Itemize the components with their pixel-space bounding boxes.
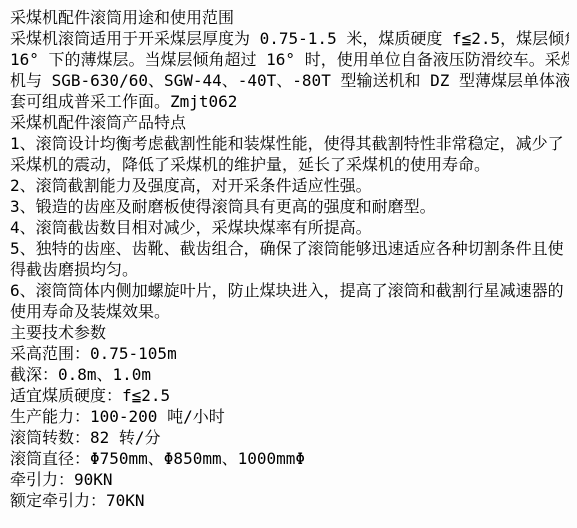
features-section-heading: 采煤机配件滚筒产品特点 <box>10 112 569 133</box>
spec-text-line: 额定牵引力：70KN <box>10 490 569 511</box>
usage-section-heading: 采煤机配件滚筒用途和使用范围 <box>10 7 569 28</box>
specs-section-heading: 主要技术参数 <box>10 322 569 343</box>
feature-text-line: 得截齿磨损均匀。 <box>10 259 569 280</box>
spec-text-line: 滚筒转数：82 转/分 <box>10 427 569 448</box>
feature-text-line: 6、滚筒筒体内侧加螺旋叶片，防止煤块进入，提高了滚筒和截割行星减速器的 <box>10 280 569 301</box>
feature-text-line: 4、滚筒截齿数目相对减少，采煤块煤率有所提高。 <box>10 217 569 238</box>
spec-text-line: 生产能力：100-200 吨/小时 <box>10 406 569 427</box>
feature-text-line: 1、滚筒设计均衡考虑截割性能和装煤性能，使得其截割特性非常稳定，减少了 <box>10 133 569 154</box>
feature-text-line: 5、独特的齿座、齿靴、截齿组合，确保了滚筒能够迅速适应各种切割条件且使 <box>10 238 569 259</box>
usage-text-line: 机与 SGB-630/60、SGW-44、-40T、-80T 型输送机和 DZ … <box>10 70 569 91</box>
spec-text-line: 适宜煤质硬度：f≦2.5 <box>10 385 569 406</box>
spec-text-line: 采高范围：0.75-105m <box>10 343 569 364</box>
feature-text-line: 3、锻造的齿座及耐磨板使得滚筒具有更高的强度和耐磨型。 <box>10 196 569 217</box>
spec-text-line: 牵引力：90KN <box>10 469 569 490</box>
usage-text-line: 套可组成普采工作面。Zmjt062 <box>10 91 569 112</box>
usage-text-line: 采煤机滚筒适用于开采煤层厚度为 0.75-1.5 米，煤质硬度 f≦2.5，煤层… <box>10 28 569 49</box>
document-body: 采煤机配件滚筒用途和使用范围 采煤机滚筒适用于开采煤层厚度为 0.75-1.5 … <box>0 0 577 528</box>
feature-text-line: 使用寿命及装煤效果。 <box>10 301 569 322</box>
feature-text-line: 2、滚筒截割能力及强度高，对开采条件适应性强。 <box>10 175 569 196</box>
usage-text-line: 16° 下的薄煤层。当煤层倾角超过 16° 时，使用单位自备液压防滑绞车。采煤 <box>10 49 569 70</box>
feature-text-line: 采煤机的震动，降低了采煤机的维护量，延长了采煤机的使用寿命。 <box>10 154 569 175</box>
spec-text-line: 截深：0.8m、1.0m <box>10 364 569 385</box>
spec-text-line: 滚筒直径：Φ750mm、Φ850mm、1000mmΦ <box>10 448 569 469</box>
